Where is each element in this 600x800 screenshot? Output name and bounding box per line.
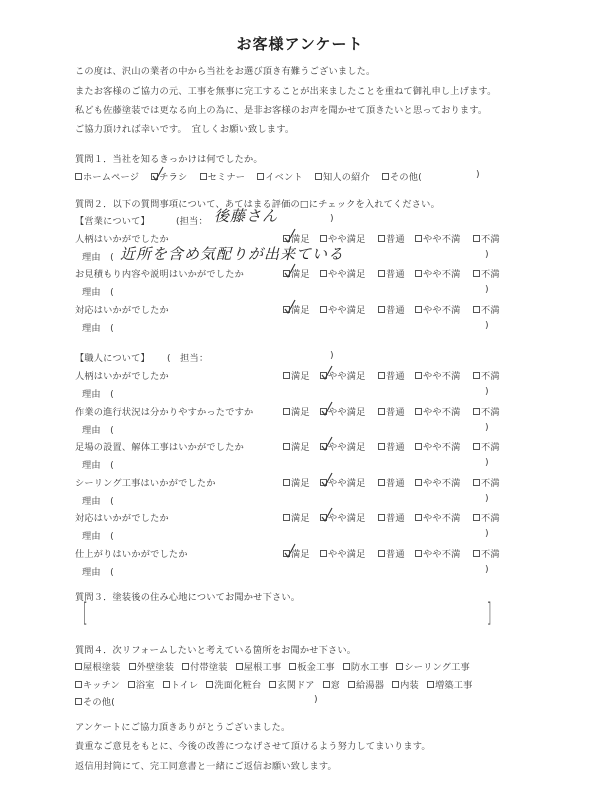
craftsman-q2-rating-0[interactable]: 満足 <box>283 404 310 418</box>
checkbox[interactable] <box>378 306 385 313</box>
q4-option[interactable]: キッチン <box>75 680 120 691</box>
checkbox[interactable] <box>473 550 480 557</box>
checkbox-checked[interactable] <box>283 306 290 313</box>
craftsman-q6-rating-1[interactable]: やや満足 <box>320 546 366 560</box>
checkbox[interactable] <box>382 173 389 180</box>
intro-line-3: 私ども佐藤塗装では更なる向上の為に、是非お客様のお声を聞かせて頂きたいと思ってお… <box>75 102 487 116</box>
checkbox[interactable] <box>283 479 290 486</box>
checkbox[interactable] <box>473 372 480 379</box>
craftsman-q4-rating-3[interactable]: やや不満 <box>415 475 461 489</box>
sales-staff-close: ) <box>330 213 334 224</box>
q3-open-bracket: [ <box>83 598 88 628</box>
checkbox[interactable] <box>473 479 480 486</box>
craftsman-q5-reason-label: 理由 ( <box>82 528 114 542</box>
q4-option[interactable]: 窓 <box>323 680 340 691</box>
intro-line-4: ご協力頂ければ幸いです。 宜しくお願い致します。 <box>75 121 294 135</box>
checkbox[interactable] <box>283 372 290 379</box>
sales-q1-reason-label: 理由 ( <box>82 249 114 263</box>
craftsman-q4-rating-4[interactable]: 不満 <box>473 475 500 489</box>
checkbox[interactable] <box>415 550 422 557</box>
checkbox[interactable] <box>415 514 422 521</box>
checkbox-checked[interactable] <box>320 408 327 415</box>
craftsman-q6-rating-2[interactable]: 普通 <box>378 546 405 560</box>
craftsman-question-1: 人柄はいかがでしたか <box>75 368 169 382</box>
q4-option[interactable]: トイレ <box>163 680 199 691</box>
checkbox[interactable] <box>315 173 322 180</box>
sales-q3-rating-4[interactable]: 不満 <box>473 302 500 316</box>
q4-option[interactable]: 浴室 <box>128 680 155 691</box>
craftsman-q6-rating-3[interactable]: やや不満 <box>415 546 461 560</box>
checkbox[interactable] <box>348 681 355 688</box>
q4-option-other[interactable]: その他( <box>75 694 115 708</box>
craftsman-q3-reason-field[interactable] <box>120 457 470 469</box>
checkbox[interactable] <box>289 663 296 670</box>
sales-q2-reason-field[interactable] <box>120 284 470 296</box>
q1-option-event[interactable]: イベント <box>257 172 303 183</box>
craftsman-q3-reason-close: ) <box>485 457 489 468</box>
checkbox[interactable] <box>473 270 480 277</box>
checkbox[interactable] <box>320 550 327 557</box>
q4-option[interactable]: 給湯器 <box>348 680 384 691</box>
craftsman-q4-reason-field[interactable] <box>120 493 470 505</box>
sales-q2-rating-1[interactable]: やや満足 <box>320 266 366 280</box>
q4-option[interactable]: 増築工事 <box>427 680 473 691</box>
checkbox[interactable] <box>378 372 385 379</box>
craftsman-staff-close: ) <box>330 350 334 361</box>
craftsman-q5-rating-3[interactable]: やや不満 <box>415 510 461 524</box>
q4-question: 質問４．次リフォームしたいと考えている箇所をお聞かせ下さい。 <box>75 642 356 656</box>
checkbox[interactable] <box>75 698 82 705</box>
checkbox-checked[interactable] <box>283 235 290 242</box>
q3-answer-field[interactable] <box>90 604 480 626</box>
checkbox-checked[interactable] <box>283 550 290 557</box>
q4-option[interactable]: 板金工事 <box>289 662 335 673</box>
sales-question-3: 対応はいかがでしたか <box>75 302 169 316</box>
q1-options: ホームページ チラシ セミナー イベント 知人の紹介 その他( <box>75 169 431 183</box>
sales-staff-label: (担当： <box>176 213 208 227</box>
checkbox-checked[interactable] <box>320 372 327 379</box>
q4-option[interactable]: 洗面化粧台 <box>206 680 261 691</box>
q1-option-other[interactable]: その他( <box>382 172 422 183</box>
checkbox[interactable] <box>378 235 385 242</box>
sales-q2-rating-3[interactable]: やや不満 <box>415 266 461 280</box>
q4-option[interactable]: 防水工事 <box>343 662 389 673</box>
craftsman-q6-rating-4[interactable]: 不満 <box>473 546 500 560</box>
checkbox-checked[interactable] <box>283 270 290 277</box>
craftsman-q4-rating-2[interactable]: 普通 <box>378 475 405 489</box>
checkbox[interactable] <box>473 514 480 521</box>
craftsman-question-4: シーリング工事はいかがでしたか <box>75 475 216 489</box>
q4-option[interactable]: 屋根工事 <box>236 662 282 673</box>
checkbox[interactable] <box>473 235 480 242</box>
checkbox[interactable] <box>269 681 276 688</box>
checkbox[interactable] <box>163 681 170 688</box>
sales-q3-rating-1[interactable]: やや満足 <box>320 302 366 316</box>
checkbox[interactable] <box>323 681 330 688</box>
craftsman-q6-reason-close: ) <box>485 564 489 575</box>
craftsman-q3-reason-label: 理由 ( <box>82 457 114 471</box>
q4-option[interactable]: 屋根塗装 <box>75 662 121 673</box>
checkbox[interactable] <box>378 270 385 277</box>
craftsman-q3-rating-4[interactable]: 不満 <box>473 439 500 453</box>
craftsman-question-3: 足場の設置、解体工事はいかがでしたか <box>75 439 244 453</box>
checkbox[interactable] <box>415 408 422 415</box>
closing-line-1: アンケートにご協力頂きありがとうございました。 <box>75 719 290 733</box>
craftsman-q4-rating-1[interactable]: やや満足 <box>320 475 366 489</box>
craftsman-q2-rating-1[interactable]: やや満足 <box>320 404 366 418</box>
craftsman-q5-rating-0[interactable]: 満足 <box>283 510 310 524</box>
craftsman-q2-reason-close: ) <box>485 422 489 433</box>
q4-option[interactable]: シーリング工事 <box>396 662 470 673</box>
craftsman-q4-reason-close: ) <box>485 493 489 504</box>
craftsman-q6-reason-label: 理由 ( <box>82 564 114 578</box>
craftsman-q4-rating-0[interactable]: 満足 <box>283 475 310 489</box>
checkbox[interactable] <box>129 663 136 670</box>
q1-other-close: ) <box>476 169 480 180</box>
checkbox[interactable] <box>75 663 82 670</box>
checkbox[interactable] <box>415 270 422 277</box>
checkbox[interactable] <box>343 663 350 670</box>
checkbox[interactable] <box>320 306 327 313</box>
checkbox[interactable] <box>182 663 189 670</box>
sales-q3-reason-label: 理由 ( <box>82 320 114 334</box>
craftsman-q3-rating-0[interactable]: 満足 <box>283 439 310 453</box>
sales-q1-rating-4[interactable]: 不満 <box>473 231 500 245</box>
craftsman-q1-rating-0[interactable]: 満足 <box>283 368 310 382</box>
checkbox[interactable] <box>427 681 434 688</box>
craftsman-staff-label: ( 担当： <box>167 350 208 364</box>
closing-line-3: 返信用封筒にて、完工同意書と一緒にご返信お願い致します。 <box>75 758 337 772</box>
sales-section-header: 【営業について】 <box>75 213 150 227</box>
checkbox[interactable] <box>75 173 82 180</box>
checkbox[interactable] <box>257 173 264 180</box>
sales-q2-reason-close: ) <box>485 284 489 295</box>
checkbox[interactable] <box>378 479 385 486</box>
closing-line-2: 貴重なご意見をもとに、今後の改善につなげさせて頂けるよう努力してまいります。 <box>75 738 431 752</box>
checkbox[interactable] <box>415 372 422 379</box>
sales-q2-reason-label: 理由 ( <box>82 284 114 298</box>
sales-q3-rating-0[interactable]: 満足 <box>283 302 310 316</box>
q1-option-flyer[interactable]: チラシ <box>151 172 187 183</box>
checkbox[interactable] <box>320 235 327 242</box>
sales-q2-rating-4[interactable]: 不満 <box>473 266 500 280</box>
craftsman-q5-reason-field[interactable] <box>120 528 470 540</box>
checkbox[interactable] <box>473 306 480 313</box>
q4-other-close: ) <box>314 694 318 705</box>
craftsman-q1-reason-label: 理由 ( <box>82 386 114 400</box>
q1-option-homepage[interactable]: ホームページ <box>75 172 139 183</box>
checkbox[interactable] <box>415 443 422 450</box>
checkbox[interactable] <box>378 550 385 557</box>
checkbox[interactable] <box>378 514 385 521</box>
sales-q3-rating-3[interactable]: やや不満 <box>415 302 461 316</box>
q4-row-2: キッチン浴室トイレ洗面化粧台玄関ドア窓給湯器内装増築工事 <box>75 677 481 691</box>
craftsman-q3-rating-2[interactable]: 普通 <box>378 439 405 453</box>
checkbox-checked[interactable] <box>320 443 327 450</box>
sales-q1-rating-3[interactable]: やや不満 <box>415 231 461 245</box>
craftsman-q1-rating-4[interactable]: 不満 <box>473 368 500 382</box>
craftsman-q1-rating-2[interactable]: 普通 <box>378 368 405 382</box>
craftsman-q3-rating-3[interactable]: やや不満 <box>415 439 461 453</box>
checkbox[interactable] <box>473 443 480 450</box>
craftsman-question-6: 仕上がりはいかがでしたか <box>75 546 188 560</box>
craftsman-question-5: 対応はいかがでしたか <box>75 510 169 524</box>
checkbox[interactable] <box>473 408 480 415</box>
craftsman-question-2: 作業の進行状況は分かりやすかったですか <box>75 404 253 418</box>
craftsman-q2-reason-field[interactable] <box>120 422 470 434</box>
checkbox[interactable] <box>396 663 403 670</box>
craftsman-q1-reason-field[interactable] <box>120 386 470 398</box>
checkbox[interactable] <box>392 681 399 688</box>
q4-option[interactable]: 外壁塗装 <box>129 662 175 673</box>
checkbox[interactable] <box>415 479 422 486</box>
sales-staff-name-handwritten[interactable]: 後藤さん <box>214 205 278 226</box>
sales-q3-rating-2[interactable]: 普通 <box>378 302 405 316</box>
craftsman-q2-rating-2[interactable]: 普通 <box>378 404 405 418</box>
intro-line-1: この度は、沢山の業者の中から当社をお選び頂き有難うございました。 <box>75 63 375 77</box>
checkbox[interactable] <box>320 270 327 277</box>
q1-option-seminar[interactable]: セミナー <box>200 172 246 183</box>
sales-q3-reason-field[interactable] <box>120 320 470 332</box>
checkbox[interactable] <box>283 408 290 415</box>
q4-option[interactable]: 玄関ドア <box>269 680 314 691</box>
checkbox[interactable] <box>378 443 385 450</box>
q1-option-referral[interactable]: 知人の紹介 <box>315 172 370 183</box>
sales-q2-rating-2[interactable]: 普通 <box>378 266 405 280</box>
sales-q3-reason-close: ) <box>485 320 489 331</box>
craftsman-q4-reason-label: 理由 ( <box>82 493 114 507</box>
craftsman-q5-reason-close: ) <box>485 528 489 539</box>
checkbox[interactable] <box>236 663 243 670</box>
craftsman-q6-reason-field[interactable] <box>120 564 470 576</box>
craftsman-q5-rating-1[interactable]: やや満足 <box>320 510 366 524</box>
q4-option[interactable]: 付帯塗装 <box>182 662 228 673</box>
craftsman-q1-rating-3[interactable]: やや不満 <box>415 368 461 382</box>
q4-row-1: 屋根塗装外壁塗装付帯塗装屋根工事板金工事防水工事シーリング工事 <box>75 659 478 673</box>
sales-question-2: お見積もり内容や説明はいかがでしたか <box>75 266 244 280</box>
craftsman-q5-rating-2[interactable]: 普通 <box>378 510 405 524</box>
checkbox[interactable] <box>415 235 422 242</box>
checkbox-checked[interactable] <box>320 479 327 486</box>
craftsman-q1-reason-close: ) <box>485 386 489 397</box>
checkbox-checked[interactable] <box>320 514 327 521</box>
sales-q1-rating-2[interactable]: 普通 <box>378 231 405 245</box>
craftsman-q5-rating-4[interactable]: 不満 <box>473 510 500 524</box>
craftsman-q2-rating-4[interactable]: 不満 <box>473 404 500 418</box>
checkbox[interactable] <box>128 681 135 688</box>
craftsman-q6-rating-0[interactable]: 満足 <box>283 546 310 560</box>
checkbox[interactable] <box>75 681 82 688</box>
craftsman-q2-reason-label: 理由 ( <box>82 422 114 436</box>
checkbox[interactable] <box>378 408 385 415</box>
craftsman-q2-rating-3[interactable]: やや不満 <box>415 404 461 418</box>
sales-q2-rating-0[interactable]: 満足 <box>283 266 310 280</box>
checkbox-checked[interactable] <box>151 173 158 180</box>
q4-option[interactable]: 内装 <box>392 680 419 691</box>
checkbox[interactable] <box>283 514 290 521</box>
craftsman-section-header: 【職人について】 <box>75 350 150 364</box>
q1-question: 質問１．当社を知るきっかけは何でしたか。 <box>75 151 263 165</box>
survey-title: お客様アンケート <box>0 33 600 54</box>
checkbox[interactable] <box>283 443 290 450</box>
q3-close-bracket: ] <box>487 598 492 628</box>
craftsman-q1-rating-1[interactable]: やや満足 <box>320 368 366 382</box>
sales-q1-reason-close: ) <box>485 249 489 260</box>
sales-q1-reason-handwritten[interactable]: 近所を含め気配りが出来ている <box>120 243 344 264</box>
checkbox[interactable] <box>415 306 422 313</box>
q3-question: 質問３．塗装後の住み心地についてお聞かせ下さい。 <box>75 589 300 603</box>
craftsman-q3-rating-1[interactable]: やや満足 <box>320 439 366 453</box>
checkbox[interactable] <box>200 173 207 180</box>
intro-line-2: またお客様のご協力の元、工事を無事に完工することが出来ましたことを重ねて御礼申し… <box>75 83 496 97</box>
checkbox[interactable] <box>206 681 213 688</box>
